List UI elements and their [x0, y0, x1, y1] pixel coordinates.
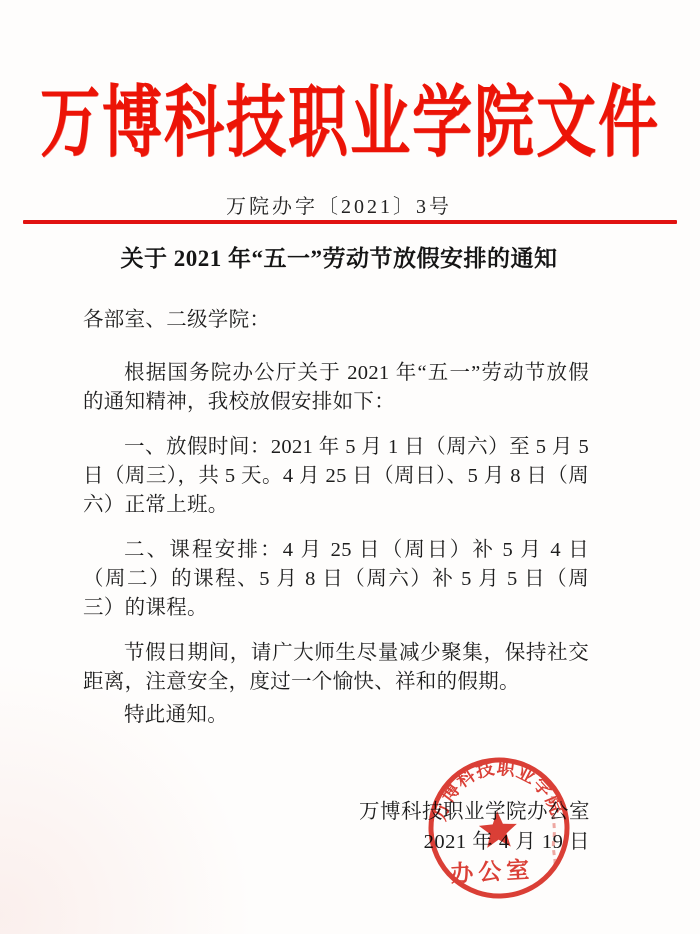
seal-office-text: 办公室: [450, 856, 535, 886]
signature-office: 万博科技职业学院办公室: [359, 797, 590, 827]
signature-date: 2021 年 4 月 19 日: [359, 827, 590, 857]
closing-line: 特此通知。: [83, 701, 589, 730]
masthead-title: 万博科技职业学院文件: [0, 80, 700, 166]
paragraph-basis: 根据国务院办公厅关于 2021 年“五一”劳动节放假的通知精神，我校放假安排如下…: [83, 359, 589, 417]
doc-number: 万院办字〔2021〕3号: [0, 190, 678, 219]
paragraph-holiday-time: 一、放假时间：2021 年 5 月 1 日（周六）至 5 月 5 日（周三），共…: [83, 433, 589, 520]
paragraph-safety-reminder: 节假日期间，请广大师生尽量减少聚集，保持社交距离，注意安全，度过一个愉快、祥和的…: [83, 639, 589, 697]
document-page: 万博科技职业学院文件 万院办字〔2021〕3号 关于 2021 年“五一”劳动节…: [0, 0, 700, 934]
signature-block: 万博科技职业学院办公室 2021 年 4 月 19 日: [359, 797, 590, 857]
document-title: 关于 2021 年“五一”劳动节放假安排的通知: [0, 240, 678, 273]
greeting-line: 各部室、二级学院：: [83, 306, 589, 335]
red-separator-rule: [23, 220, 677, 224]
paragraph-course-arrangement: 二、课程安排：4 月 25 日（周日）补 5 月 4 日（周二）的课程、5 月 …: [83, 536, 589, 623]
document-body: 各部室、二级学院： 根据国务院办公厅关于 2021 年“五一”劳动节放假的通知精…: [83, 306, 589, 730]
